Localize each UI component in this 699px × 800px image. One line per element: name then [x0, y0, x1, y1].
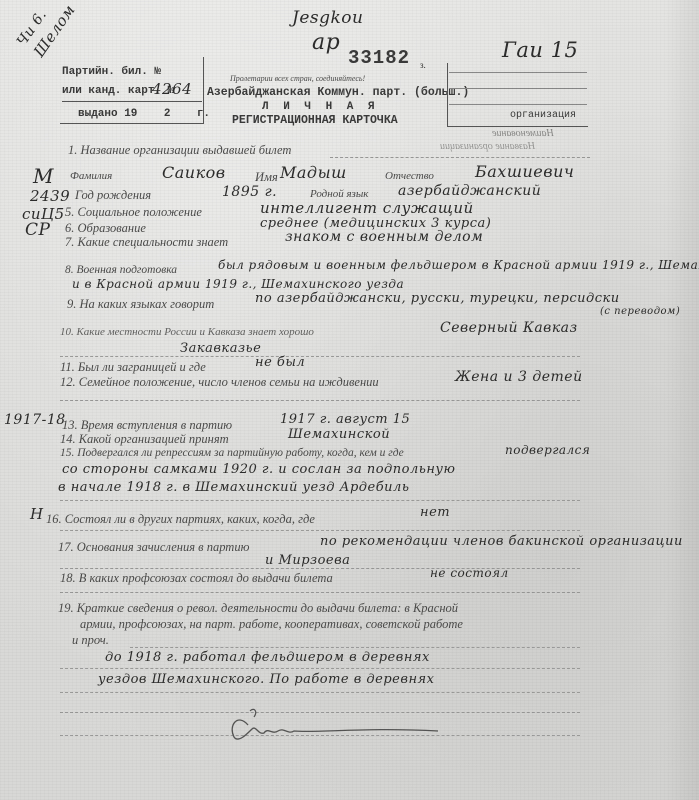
field-10-label: 10. Какие местности России и Кавказа зна…: [60, 326, 314, 338]
field-10-value: Северный Кавказ: [440, 320, 578, 336]
field-9-label: 9. На каких языках говорит: [67, 297, 214, 312]
org-box-label: организация: [510, 110, 576, 121]
org-box-mirror-1: Наименование: [492, 128, 554, 139]
field-3-value2: азербайджанский: [398, 183, 541, 199]
field-12-text: Семейное положение, число членов семьи н…: [79, 375, 379, 389]
field-15-label: 15. Подвергался ли репрессиям за партийн…: [60, 447, 404, 459]
stamp-divider: [62, 101, 202, 102]
field-6-label: 6. Образование: [65, 221, 146, 236]
field-17-text: Основания зачисления в партию: [77, 540, 250, 554]
field-11-label: 11. Был ли заграницей и где: [60, 360, 206, 375]
field-17-label: 17. Основания зачисления в партию: [58, 540, 249, 555]
field-17-value: по рекомендации членов бакинской организ…: [320, 534, 683, 549]
field-8-value: был рядовым и военным фельдшером в Красн…: [218, 258, 699, 272]
field-9-text: На каких языках говорит: [80, 297, 215, 311]
field-11-text: Был ли заграницей и где: [78, 360, 206, 374]
stamp-line-1: Партийн. бил. №: [62, 66, 161, 78]
field-19-rule-2: [60, 668, 580, 669]
signature-icon: [228, 705, 448, 745]
field-3-value: 1895 г.: [222, 184, 277, 200]
org-box-mirror-2: Название организации: [440, 141, 535, 152]
field-19-label: 19. Краткие сведения о револ. деятельнос…: [58, 601, 458, 616]
field-18-num: 18.: [60, 571, 76, 585]
margin-note-sr: СР: [25, 220, 50, 240]
field-15-num: 15.: [60, 447, 74, 459]
field-10-value-line2: Закавказье: [180, 341, 261, 356]
field-18-label: 18. В каких профсоюзах состоял до выдачи…: [60, 571, 333, 586]
field-19-value-line2: уездов Шемахинского. По работе в деревня…: [98, 672, 434, 687]
field-14-num: 14.: [60, 432, 76, 446]
field-3-label: Год рождения: [75, 188, 151, 203]
field-15-value-line2: со стороны самками 1920 г. и сослан за п…: [62, 462, 455, 477]
header-party: Азербайджанская Коммун. парт. (больш.): [207, 86, 469, 99]
field-9-value: по азербайджански, русски, турецки, перс…: [255, 291, 620, 306]
field-19-value: до 1918 г. работал фельдшером в деревнях: [105, 650, 430, 665]
stamp-line-2-value: 4264: [152, 80, 192, 98]
field-10-num: 10.: [60, 326, 74, 338]
field-2-label3: Отчество: [385, 170, 434, 182]
field-1-label: Название организации выдавшей билет: [81, 143, 292, 157]
field-15-value-line3: в начале 1918 г. в Шемахинский уезд Арде…: [58, 480, 409, 495]
field-9-value-note: (с переводом): [600, 306, 680, 317]
field-6-num: 6.: [65, 221, 74, 235]
field-16-value: нет: [420, 505, 450, 520]
field-15-rule: [60, 500, 580, 501]
field-11-num: 11.: [60, 360, 75, 374]
field-16-label: 16. Состоял ли в других партиях, каких, …: [46, 512, 315, 527]
margin-note-h: Н: [30, 505, 44, 523]
document-page: Чи 6. Шелом Jesgkou ар 33182 з. Гаи 15 П…: [0, 0, 699, 800]
field-16-text: Состоял ли в других партиях, каких, когд…: [65, 512, 315, 526]
field-18-rule: [60, 592, 580, 593]
field-7-text: Какие специальности знает: [78, 235, 229, 249]
field-19-rule-3: [60, 692, 580, 693]
field-18-text: В каких профсоюзах состоял до выдачи бил…: [79, 571, 333, 585]
org-handwriting: Гаи 15: [502, 38, 578, 62]
field-19-num: 19.: [58, 601, 74, 615]
field-16-rule: [60, 530, 580, 531]
top-handwriting: Jesgkou: [292, 8, 363, 28]
field-5-text: Социальное положение: [78, 205, 202, 219]
field-1-rule: [330, 157, 590, 158]
field-15-text: Подвергался ли репрессиям за партийную р…: [77, 447, 404, 459]
field-19-label-line3: и проч.: [72, 633, 109, 648]
field-2-value2: Мадыш: [280, 163, 347, 182]
field-15-value: подвергался: [505, 443, 590, 457]
field-13-num: 13.: [62, 418, 78, 432]
field-14-value: Шемахинской: [288, 427, 390, 442]
org-line-1: [449, 72, 587, 73]
card-number: 33182: [348, 47, 410, 69]
field-1: 1. Название организации выдавшей билет: [68, 143, 291, 158]
header-title-2: РЕГИСТРАЦИОННАЯ КАРТОЧКА: [232, 114, 398, 127]
field-2-label: Фамилия: [70, 170, 112, 182]
field-16-num: 16.: [46, 512, 62, 526]
field-7-num: 7.: [65, 235, 74, 249]
field-5-label: 5. Социальное положение: [65, 205, 202, 220]
field-9-num: 9.: [67, 297, 76, 311]
margin-note-m: М: [33, 164, 54, 188]
field-14-text: Какой организацией принят: [79, 432, 229, 446]
field-13-value: 1917 г. август 15: [280, 412, 410, 427]
field-12-num: 12.: [60, 375, 76, 389]
top-handwriting-prefix: ар: [312, 30, 340, 55]
field-10-rule: [60, 356, 580, 357]
field-7-label: 7. Какие специальности знает: [65, 235, 228, 250]
margin-note-year: 1917-18: [4, 412, 66, 428]
field-13-label: 13. Время вступления в партию: [62, 418, 232, 433]
field-10-text: Какие местности России и Кавказа знает х…: [77, 326, 314, 338]
scan-edge-shadow: [665, 0, 699, 800]
field-19-text: Краткие сведения о револ. деятельности д…: [77, 601, 458, 615]
card-number-suffix: з.: [420, 60, 426, 70]
field-5-num: 5.: [65, 205, 74, 219]
field-2-value3: Бахшиевич: [475, 162, 574, 181]
field-8-label: 8. Военная подготовка: [65, 264, 177, 276]
margin-note-number: 2439: [30, 187, 70, 205]
field-6-text: Образование: [78, 221, 146, 235]
stamp-line-3: выдано 19 2 г.: [78, 108, 210, 120]
field-2-label2: Имя: [255, 170, 278, 185]
field-1-num: 1.: [68, 143, 77, 157]
field-18-value: не состоял: [430, 566, 509, 580]
field-17-num: 17.: [58, 540, 74, 554]
field-7-value: знаком с военным делом: [285, 229, 483, 245]
field-12-value: Жена и 3 детей: [455, 369, 583, 385]
header-slogan: Пролетарии всех стран, соединяйтесь!: [230, 74, 365, 83]
header-title-1: Л И Ч Н А Я: [262, 101, 379, 113]
field-12-label: 12. Семейное положение, число членов сем…: [60, 375, 379, 390]
field-8-value-line2: и в Красной армии 1919 г., Шемахинского …: [72, 277, 404, 291]
field-19-label-line2: армии, профсоюзах, на парт. работе, кооп…: [80, 617, 463, 632]
field-5-value: интеллигент служащий: [260, 199, 474, 217]
field-8-text: Военная подготовка: [77, 264, 178, 276]
field-8-num: 8.: [65, 264, 74, 276]
field-12-rule: [60, 400, 580, 401]
field-17-value-line2: и Мирзоева: [265, 553, 350, 568]
org-line-3: [449, 104, 587, 105]
field-11-value: не был: [255, 355, 305, 370]
field-13-text: Время вступления в партию: [81, 418, 232, 432]
field-14-label: 14. Какой организацией принят: [60, 432, 229, 447]
org-line-2: [449, 88, 587, 89]
field-2-value: Саиков: [162, 163, 226, 182]
field-19-rule-1: [130, 647, 580, 648]
